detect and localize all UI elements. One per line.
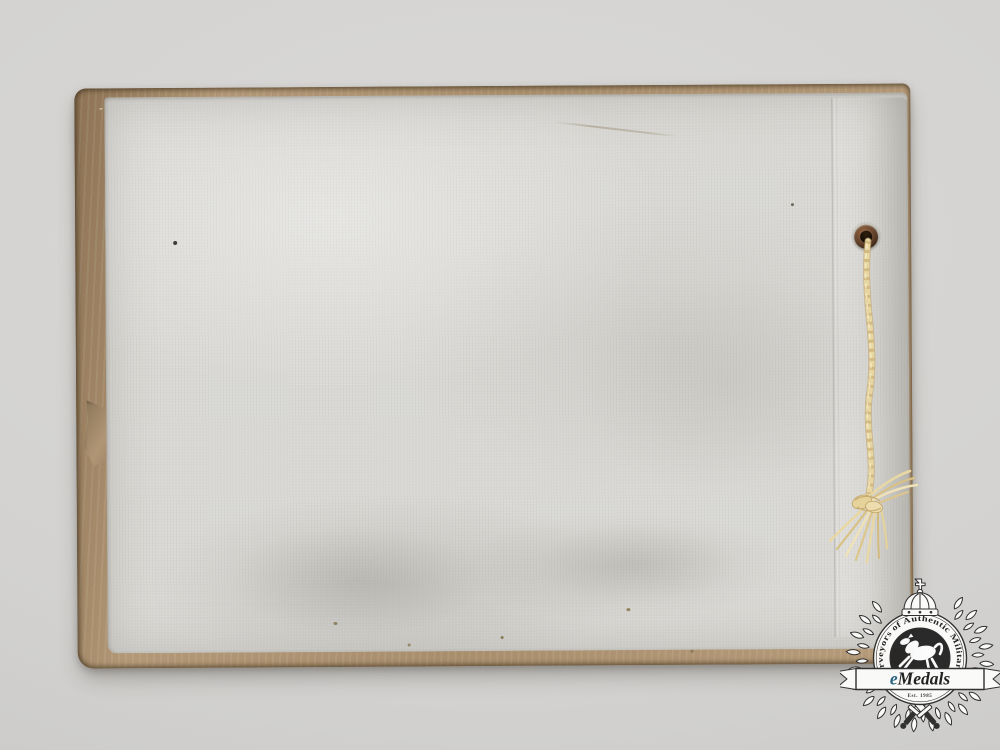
crossed-swords-icon [879, 659, 961, 734]
album-cloth-cover [104, 92, 910, 653]
watermark-brand-text: eMedals [890, 669, 950, 689]
speck [791, 203, 794, 206]
stain-smudge [227, 525, 488, 637]
stain-smudge [537, 524, 737, 605]
speck [501, 636, 504, 639]
grommet [854, 225, 878, 249]
watermark-established-text: Est. 1985 [908, 694, 933, 699]
grommet-hole [860, 231, 872, 243]
stain-smudge [575, 273, 876, 495]
photo-background: Purveyors of Authentic Militaria eMedals… [0, 0, 1000, 750]
speck [626, 608, 630, 611]
speck [691, 650, 694, 653]
speck [333, 622, 337, 625]
speck [173, 241, 177, 245]
speck [408, 644, 411, 647]
photo-album [74, 83, 914, 668]
scratch-mark [554, 121, 679, 138]
ribbon-banner: eMedals [840, 669, 1000, 690]
